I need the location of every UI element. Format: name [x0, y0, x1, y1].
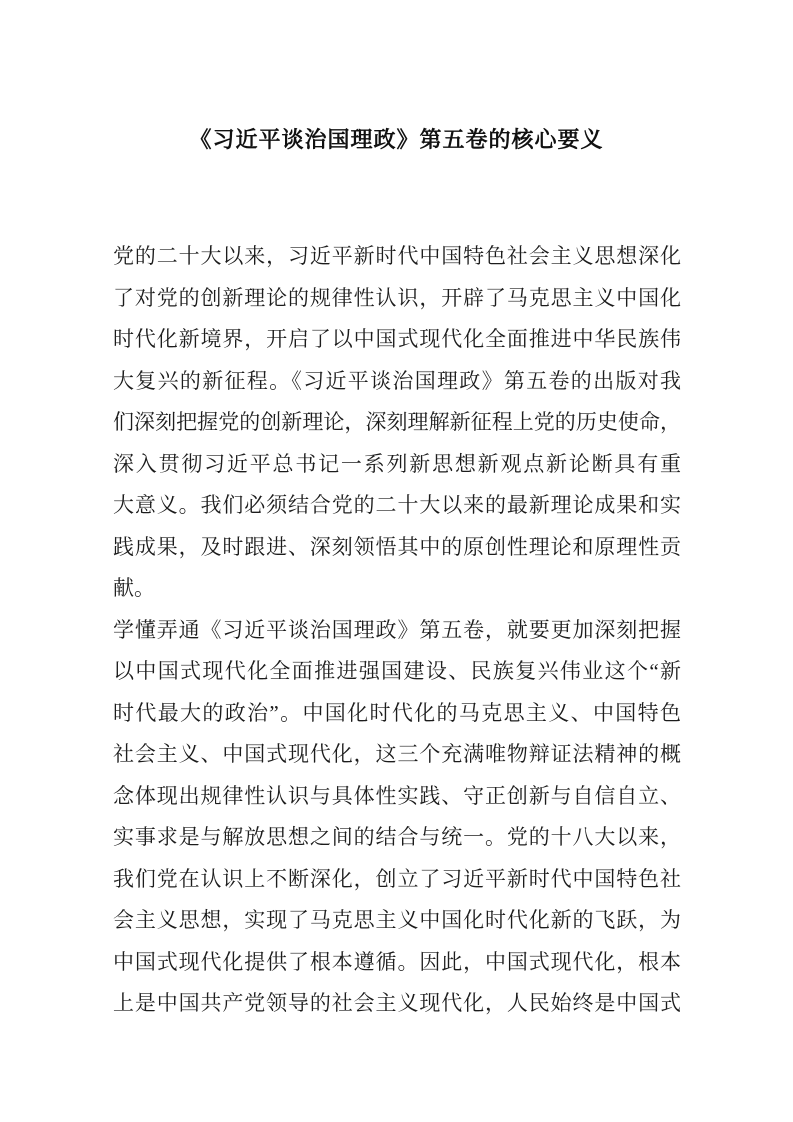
text-line: 献。: [113, 568, 681, 610]
document-body: 党的二十大以来，习近平新时代中国特色社会主义思想深化了对党的创新理论的规律性认识…: [113, 236, 681, 1025]
text-line: 以中国式现代化全面推进强国建设、民族复兴伟业这个“新: [113, 651, 681, 693]
text-line: 深入贯彻习近平总书记一系列新思想新观点新论断具有重: [113, 444, 681, 486]
text-line: 我们党在认识上不断深化，创立了习近平新时代中国特色社: [113, 859, 681, 901]
text-line: 了对党的创新理论的规律性认识，开辟了马克思主义中国化: [113, 278, 681, 320]
text-line: 时代最大的政治”。中国化时代化的马克思主义、中国特色: [113, 693, 681, 735]
document-title: 《习近平谈治国理政》第五卷的核心要义: [0, 123, 793, 157]
text-line: 实事求是与解放思想之间的结合与统一。党的十八大以来，: [113, 817, 681, 859]
text-line: 践成果，及时跟进、深刻领悟其中的原创性理论和原理性贡: [113, 527, 681, 569]
text-line: 念体现出规律性认识与具体性实践、守正创新与自信自立、: [113, 776, 681, 818]
paragraph: 党的二十大以来，习近平新时代中国特色社会主义思想深化了对党的创新理论的规律性认识…: [113, 236, 681, 610]
paragraph: 学懂弄通《习近平谈治国理政》第五卷，就要更加深刻把握以中国式现代化全面推进强国建…: [113, 610, 681, 1025]
text-line: 们深刻把握党的创新理论，深刻理解新征程上党的历史使命，: [113, 402, 681, 444]
document-page: 《习近平谈治国理政》第五卷的核心要义 党的二十大以来，习近平新时代中国特色社会主…: [0, 0, 793, 1122]
text-line: 会主义思想，实现了马克思主义中国化时代化新的飞跃，为: [113, 900, 681, 942]
text-line: 大意义。我们必须结合党的二十大以来的最新理论成果和实: [113, 485, 681, 527]
text-line: 党的二十大以来，习近平新时代中国特色社会主义思想深化: [113, 236, 681, 278]
text-line: 大复兴的新征程。《习近平谈治国理政》第五卷的出版对我: [113, 361, 681, 403]
text-line: 中国式现代化提供了根本遵循。因此，中国式现代化，根本: [113, 942, 681, 984]
text-line: 时代化新境界，开启了以中国式现代化全面推进中华民族伟: [113, 319, 681, 361]
text-line: 学懂弄通《习近平谈治国理政》第五卷，就要更加深刻把握: [113, 610, 681, 652]
text-line: 上是中国共产党领导的社会主义现代化，人民始终是中国式: [113, 983, 681, 1025]
text-line: 社会主义、中国式现代化，这三个充满唯物辩证法精神的概: [113, 734, 681, 776]
